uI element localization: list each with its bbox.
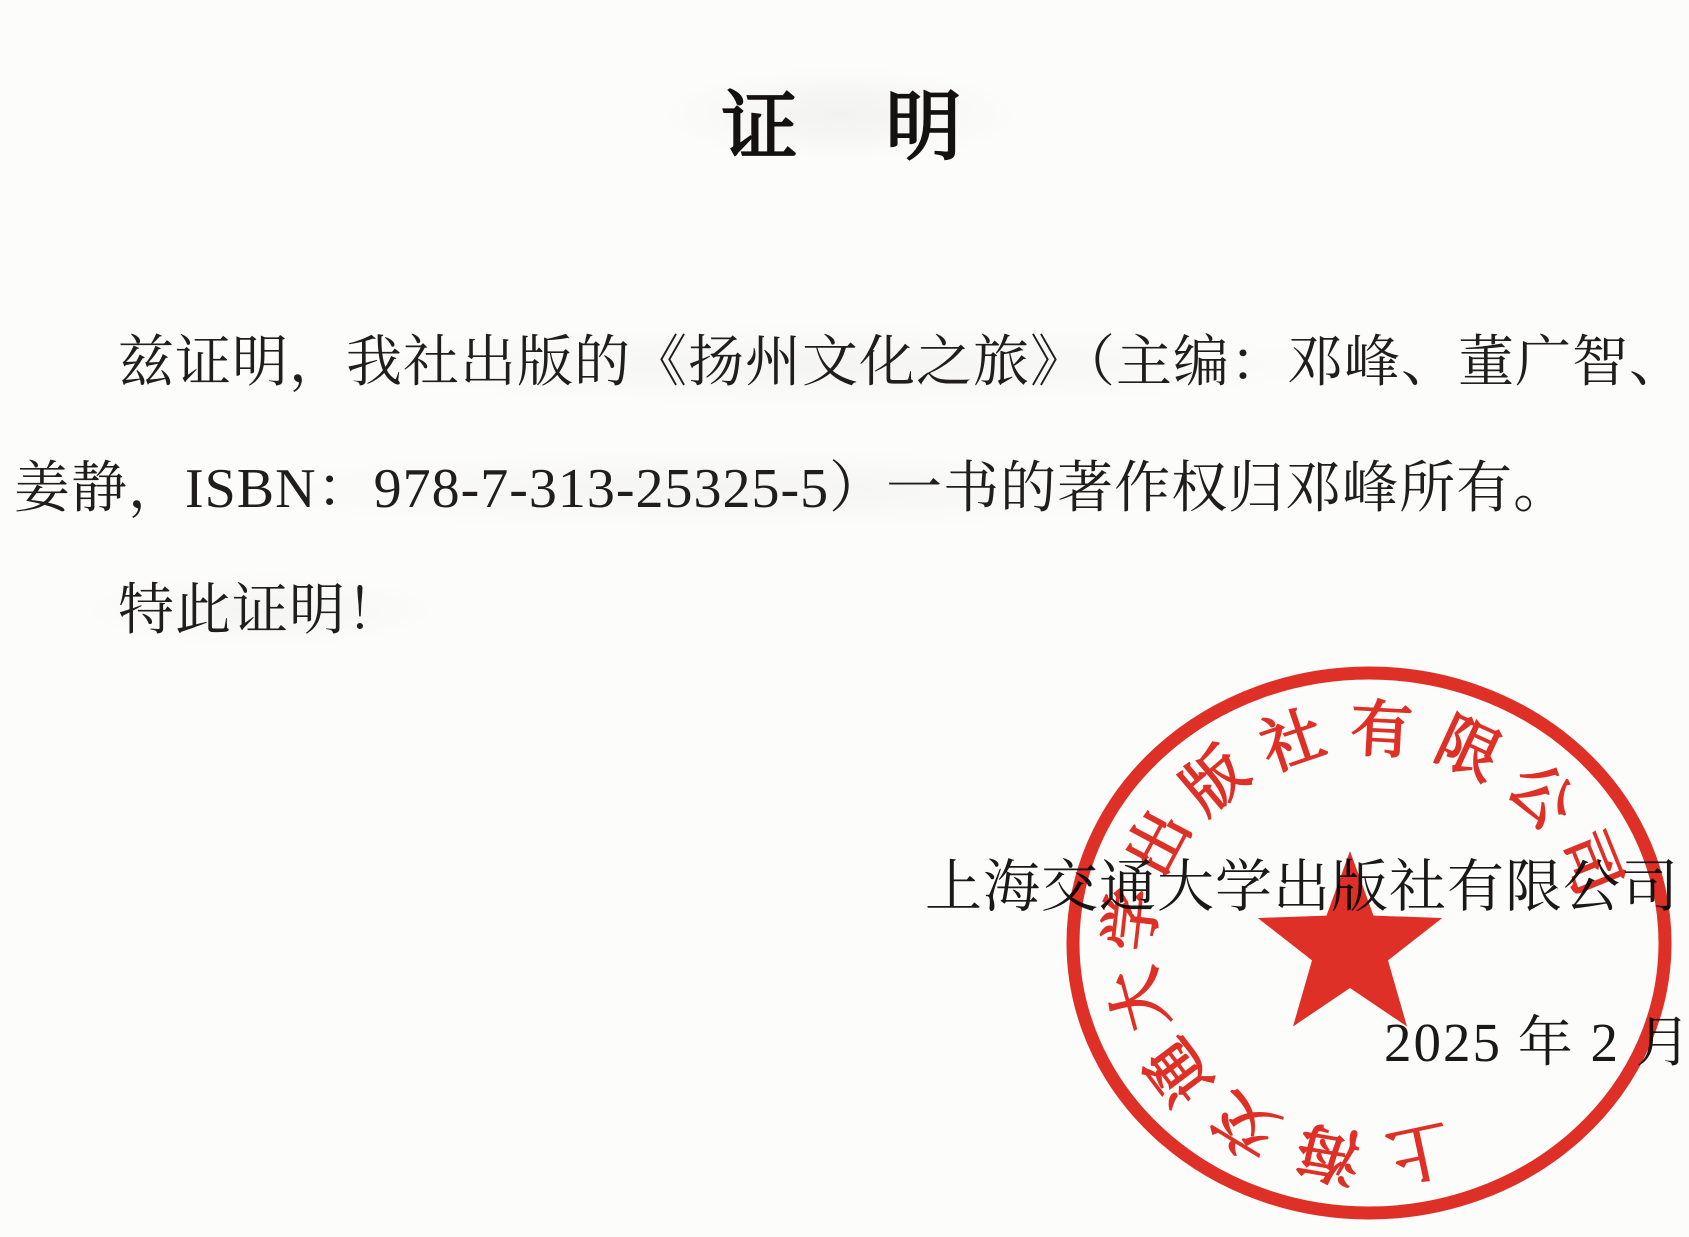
seal-arc-char: 海 [1293,1113,1366,1191]
seal-arc-char: 公 [1494,751,1586,843]
seal-arc-char: 出 [1115,800,1204,887]
seal-arc-char: 社 [1253,700,1334,784]
company-seal-stamp: 上海交通大学出版社有限公司 [1060,660,1678,1226]
seal-arc-char: 司 [1546,822,1632,905]
seal-arc-char: 交 [1201,1079,1290,1170]
seal-arc-char: 通 [1134,1025,1226,1115]
paragraph-line-1: 兹证明，我社出版的《扬州文化之旅》（主编：邓峰、董广智、 [118,332,1686,394]
seal-arc-char: 大 [1099,960,1181,1038]
seal-arc-char: 学 [1095,885,1170,954]
seal-arc-char: 版 [1170,735,1261,827]
seal-arc-char: 限 [1426,706,1511,794]
document-title: 证 明 [0,66,1689,175]
seal-star-icon [1258,851,1442,1027]
paragraph-line-2: 姜静，ISBN：978-7-313-25325-5）一书的著作权归邓峰所有。 [14,458,1570,520]
paragraph-line-3: 特此证明！ [118,580,403,642]
seal-arc-char: 有 [1349,695,1415,767]
seal-arc-char: 上 [1381,1111,1456,1190]
certificate-document: 证 明 兹证明，我社出版的《扬州文化之旅》（主编：邓峰、董广智、 姜静，ISBN… [0,0,1689,1237]
